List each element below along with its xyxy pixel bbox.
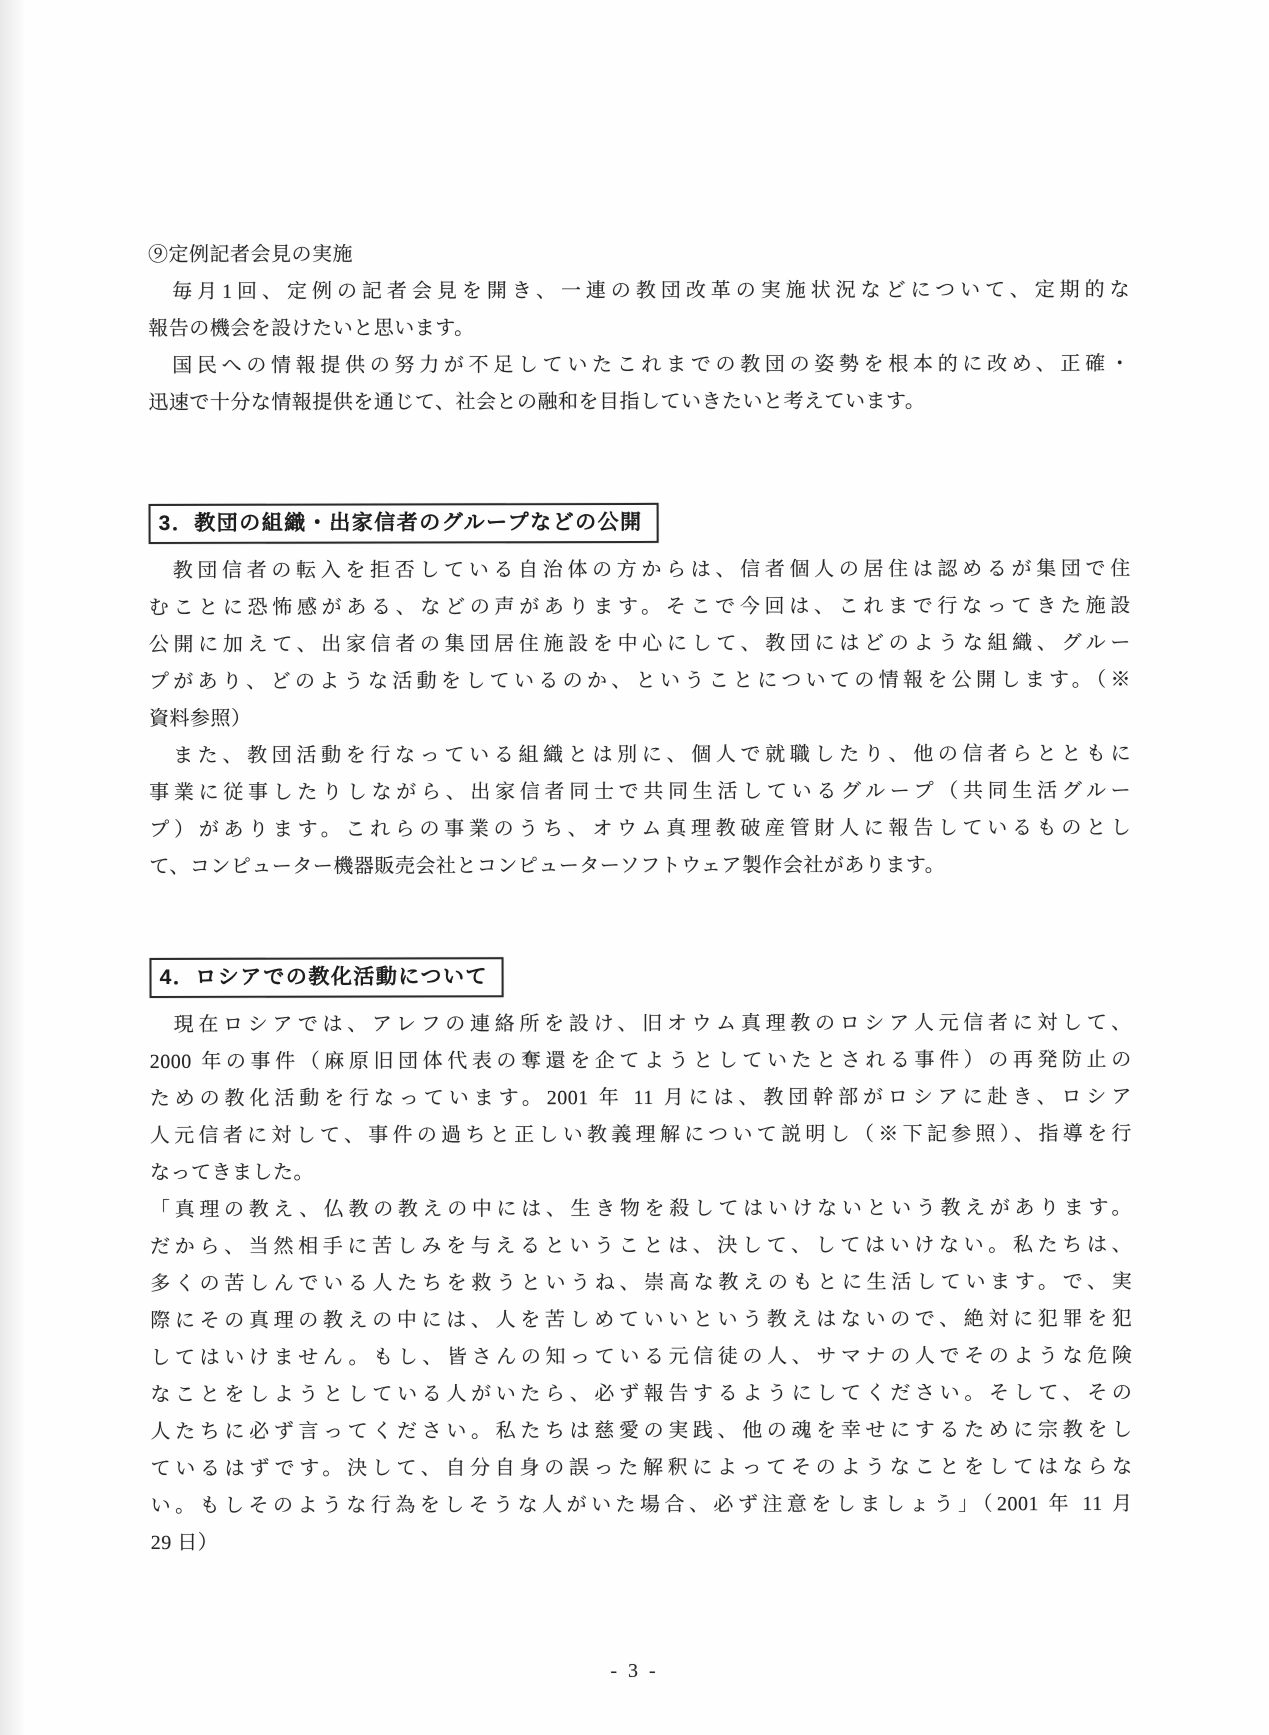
- section-item9: ⑨定例記者会見の実施 毎月1回、定例の記者会見を開き、一連の教団改革の実施状況な…: [148, 235, 1130, 422]
- quote-line: ているはずです。決して、自分自身の誤った解釈によってそのようなことをしてはならな: [151, 1449, 1133, 1488]
- body-line: 公開に加えて、出家信者の集団居住施設を中心にして、教団にはどのような組織、グルー: [149, 625, 1131, 664]
- body-line: ための教化活動を行なっています。2001 年 11 月には、教団幹部がロシアに赴…: [150, 1079, 1132, 1118]
- quote-line: 29 日）: [151, 1523, 1133, 1562]
- body-line: また、教団活動を行なっている組織とは別に、個人で就職したり、他の信者らとともに: [149, 736, 1131, 775]
- page-number: - 3 -: [0, 1660, 1269, 1683]
- section-3-heading: 3．教団の組織・出家信者のグループなどの公開: [149, 503, 659, 544]
- document-text-block: ⑨定例記者会見の実施 毎月1回、定例の記者会見を開き、一連の教団改革の実施状況な…: [148, 235, 1133, 1562]
- quote-line: してはいけません。もし、皆さんの知っている元信徒の人、サマナの人でそのような危険: [150, 1338, 1132, 1377]
- body-line: 人元信者に対して、事件の過ちと正しい教義理解について説明し（※下記参照）、指導を…: [150, 1116, 1132, 1155]
- body-line: て、コンピューター機器販売会社とコンピューターソフトウェア製作会社があります。: [149, 847, 1131, 886]
- body-line: 2000 年の事件（麻原旧団体代表の奪還を企てようとしていたとされる事件）の再発…: [150, 1042, 1132, 1081]
- section-4-heading: 4．ロシアでの教化活動について: [150, 957, 504, 998]
- quote-line: 人たちに必ず言ってください。私たちは慈愛の実践、他の魂を幸せにするために宗教をし: [150, 1412, 1132, 1451]
- body-line: 事業に従事したりしながら、出家信者同士で共同生活しているグループ（共同生活グルー: [149, 773, 1131, 812]
- scan-edge-shadow: [0, 0, 26, 1735]
- body-line: プ）があります。これらの事業のうち、オウム真理教破産管財人に報告しているものとし: [149, 810, 1131, 849]
- section-4: 4．ロシアでの教化活動について 現在ロシアでは、アレフの連絡所を設け、旧オウム真…: [150, 956, 1133, 1562]
- body-line: 国民への情報提供の努力が不足していたこれまでの教団の姿勢を根本的に改め、正確・: [148, 346, 1130, 385]
- body-line: 迅速で十分な情報提供を通じて、社会との融和を目指していきたいと考えています。: [148, 383, 1130, 422]
- quote-line: い。もしそのような行為をしそうな人がいた場合、必ず注意をしましょう」（2001 …: [151, 1486, 1133, 1525]
- body-line: なってきました。: [150, 1153, 1132, 1192]
- quote-line: 多くの苦しんでいる人たちを救うというね、崇高な教えのもとに生活しています。で、実: [150, 1264, 1132, 1303]
- quote-line: 際にその真理の教えの中には、人を苦しめていいという教えはないので、絶対に犯罪を犯: [150, 1301, 1132, 1340]
- scanned-document-page: ⑨定例記者会見の実施 毎月1回、定例の記者会見を開き、一連の教団改革の実施状況な…: [0, 0, 1269, 1735]
- item9-title: ⑨定例記者会見の実施: [148, 235, 1130, 274]
- body-line: 資料参照）: [149, 699, 1131, 738]
- section-3: 3．教団の組織・出家信者のグループなどの公開 教団信者の転入を拒否している自治体…: [149, 502, 1132, 886]
- body-line: 現在ロシアでは、アレフの連絡所を設け、旧オウム真理教のロシア人元信者に対して、: [150, 1005, 1132, 1044]
- quote-line: だから、当然相手に苦しみを与えるということは、決して、してはいけない。私たちは、: [150, 1227, 1132, 1266]
- body-line: 報告の機会を設けたいと思います。: [148, 309, 1130, 348]
- body-line: 毎月1回、定例の記者会見を開き、一連の教団改革の実施状況などについて、定期的な: [148, 272, 1130, 311]
- body-line: プがあり、どのような活動をしているのか、ということについての情報を公開します。（…: [149, 662, 1131, 701]
- quote-line: なことをしようとしている人がいたら、必ず報告するようにしてください。そして、その: [150, 1375, 1132, 1414]
- body-line: 教団信者の転入を拒否している自治体の方からは、信者個人の居住は認めるが集団で住: [149, 551, 1131, 590]
- body-line: むことに恐怖感がある、などの声があります。そこで今回は、これまで行なってきた施設: [149, 588, 1131, 627]
- quote-line: 「真理の教え、仏教の教えの中には、生き物を殺してはいけないという教えがあります。: [150, 1190, 1132, 1229]
